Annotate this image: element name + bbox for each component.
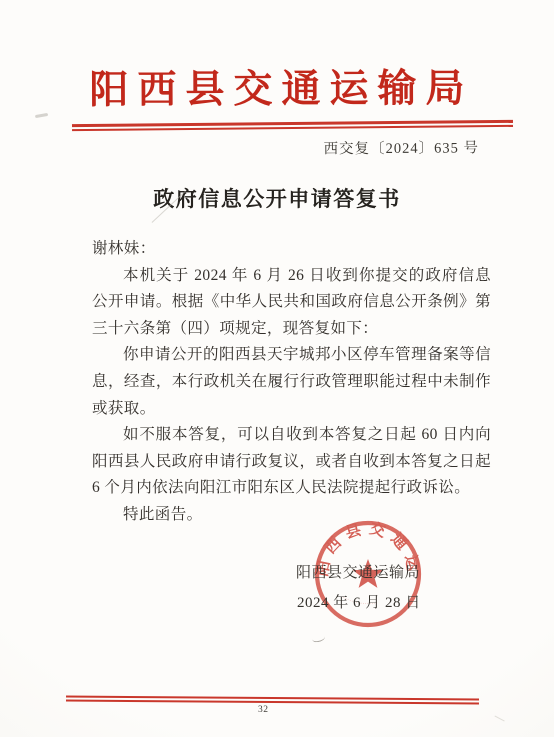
letterhead-divider — [72, 120, 513, 131]
closing-phrase: 特此函告。 — [92, 502, 491, 529]
document-body: 谢林妹： 本机关于 2024 年 6 月 26 日收到你提交的政府信息公开申请。… — [92, 236, 491, 529]
paragraph-remedy: 如不服本答复，可以自收到本答复之日起 60 日内向阳西县人民政府申请行政复议，或… — [92, 422, 491, 502]
page-number: 32 — [258, 705, 269, 715]
paragraph-intro: 本机关于 2024 年 6 月 26 日收到你提交的政府信息公开申请。根据《中华… — [92, 263, 491, 343]
footer-divider — [66, 696, 479, 705]
document-number: 西交复〔2024〕635 号 — [0, 136, 479, 160]
signature-date: 2024 年 6 月 28 日 — [297, 591, 421, 612]
scan-artifact-squiggle — [312, 633, 326, 642]
scan-artifact-mark — [494, 715, 504, 721]
scanned-document-page: 阳西县交通运输局 西交复〔2024〕635 号 政府信息公开申请答复书 谢林妹：… — [0, 0, 554, 737]
document-title: 政府信息公开申请答复书 — [0, 183, 554, 213]
paragraph-reply: 你申请公开的阳西县天宇城邦小区停车管理备案等信息，经查，本行政机关在履行行政管理… — [92, 342, 491, 422]
salutation: 谢林妹： — [92, 236, 491, 263]
signature-organization: 阳西县交通运输局 — [296, 561, 420, 582]
footer-divider-lower-line — [66, 700, 479, 705]
letterhead-title: 阳西县交通运输局 — [0, 57, 554, 115]
